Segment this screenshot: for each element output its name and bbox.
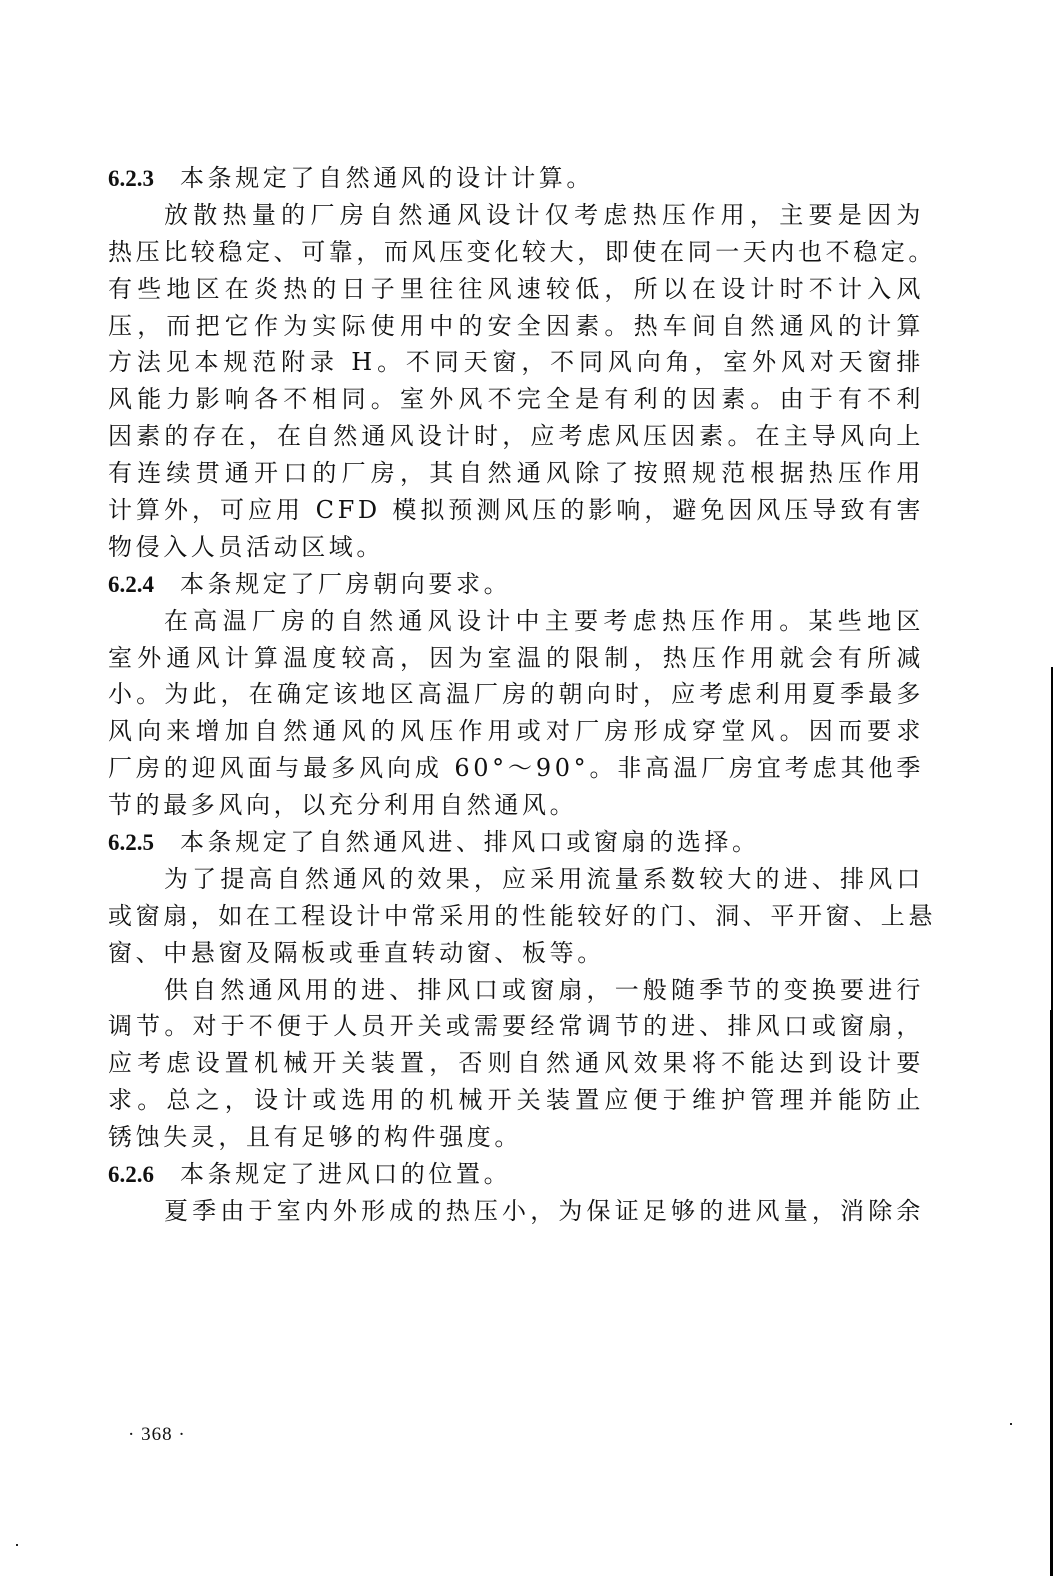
paragraph-line: 有连续贯通开口的厂房，其自然通风除了按照规范根据热压作用 (108, 455, 924, 492)
paragraph-line: 方法见本规范附录 H。不同天窗，不同风向角，室外风对天窗排 (108, 344, 924, 381)
section-heading-6-2-4: 6.2.4本条规定了厂房朝向要求。 (108, 566, 924, 603)
paragraph-line: 风向来增加自然通风的风压作用或对厂房形成穿堂风。因而要求 (108, 713, 924, 750)
paragraph-line: 或窗扇，如在工程设计中常采用的性能较好的门、洞、平开窗、上悬 (108, 898, 924, 935)
paragraph-line: 窗、中悬窗及隔板或垂直转动窗、板等。 (108, 935, 924, 972)
scan-speck (16, 1544, 18, 1546)
section-number: 6.2.4 (108, 572, 154, 597)
paragraph-line: 锈蚀失灵，且有足够的构件强度。 (108, 1119, 924, 1156)
section-title: 本条规定了自然通风进、排风口或窗扇的选择。 (180, 828, 760, 856)
paragraph-line: 热压比较稳定、可靠，而风压变化较大，即使在同一天内也不稳定。 (108, 234, 924, 271)
paragraph-line: 供自然通风用的进、排风口或窗扇，一般随季节的变换要进行 (108, 972, 924, 1009)
section-number: 6.2.3 (108, 166, 154, 191)
paragraph-line: 因素的存在，在自然通风设计时，应考虑风压因素。在主导风向上 (108, 418, 924, 455)
paragraph-line: 求。总之，设计或选用的机械开关装置应便于维护管理并能防止 (108, 1082, 924, 1119)
section-number: 6.2.5 (108, 830, 154, 855)
section-title: 本条规定了进风口的位置。 (180, 1160, 511, 1188)
paragraph-line: 应考虑设置机械开关装置，否则自然通风效果将不能达到设计要 (108, 1045, 924, 1082)
section-heading-6-2-6: 6.2.6本条规定了进风口的位置。 (108, 1156, 924, 1193)
paragraph-line: 计算外，可应用 CFD 模拟预测风压的影响，避免因风压导致有害 (108, 492, 924, 529)
paragraph-line: 放散热量的厂房自然通风设计仅考虑热压作用，主要是因为 (108, 197, 924, 234)
section-title: 本条规定了自然通风的设计计算。 (180, 164, 594, 192)
paragraph-line: 有些地区在炎热的日子里往往风速较低，所以在设计时不计入风 (108, 271, 924, 308)
scan-speck (1010, 1423, 1012, 1425)
paragraph-line: 夏季由于室内外形成的热压小，为保证足够的进风量，消除余 (108, 1193, 924, 1230)
section-heading-6-2-3: 6.2.3本条规定了自然通风的设计计算。 (108, 160, 924, 197)
paragraph-line: 风能力影响各不相同。室外风不完全是有利的因素。由于有不利 (108, 381, 924, 418)
paragraph-line: 物侵入人员活动区域。 (108, 529, 924, 566)
paragraph-line: 为了提高自然通风的效果，应采用流量系数较大的进、排风口 (108, 861, 924, 898)
paragraph-line: 厂房的迎风面与最多风向成 60°～90°。非高温厂房宜考虑其他季 (108, 750, 924, 787)
paragraph-line: 压，而把它作为实际使用中的安全因素。热车间自然通风的计算 (108, 308, 924, 345)
paragraph-line: 在高温厂房的自然通风设计中主要考虑热压作用。某些地区 (108, 603, 924, 640)
section-title: 本条规定了厂房朝向要求。 (180, 570, 511, 598)
document-page: 6.2.3本条规定了自然通风的设计计算。 放散热量的厂房自然通风设计仅考虑热压作… (108, 160, 924, 1230)
section-number: 6.2.6 (108, 1162, 154, 1187)
paragraph-line: 节的最多风向，以充分利用自然通风。 (108, 787, 924, 824)
paragraph-line: 调节。对于不便于人员开关或需要经常调节的进、排风口或窗扇， (108, 1008, 924, 1045)
section-heading-6-2-5: 6.2.5本条规定了自然通风进、排风口或窗扇的选择。 (108, 824, 924, 861)
page-number: · 368 · (128, 1424, 186, 1446)
paragraph-line: 室外通风计算温度较高，因为室温的限制，热压作用就会有所减 (108, 640, 924, 677)
paragraph-line: 小。为此，在确定该地区高温厂房的朝向时，应考虑利用夏季最多 (108, 676, 924, 713)
